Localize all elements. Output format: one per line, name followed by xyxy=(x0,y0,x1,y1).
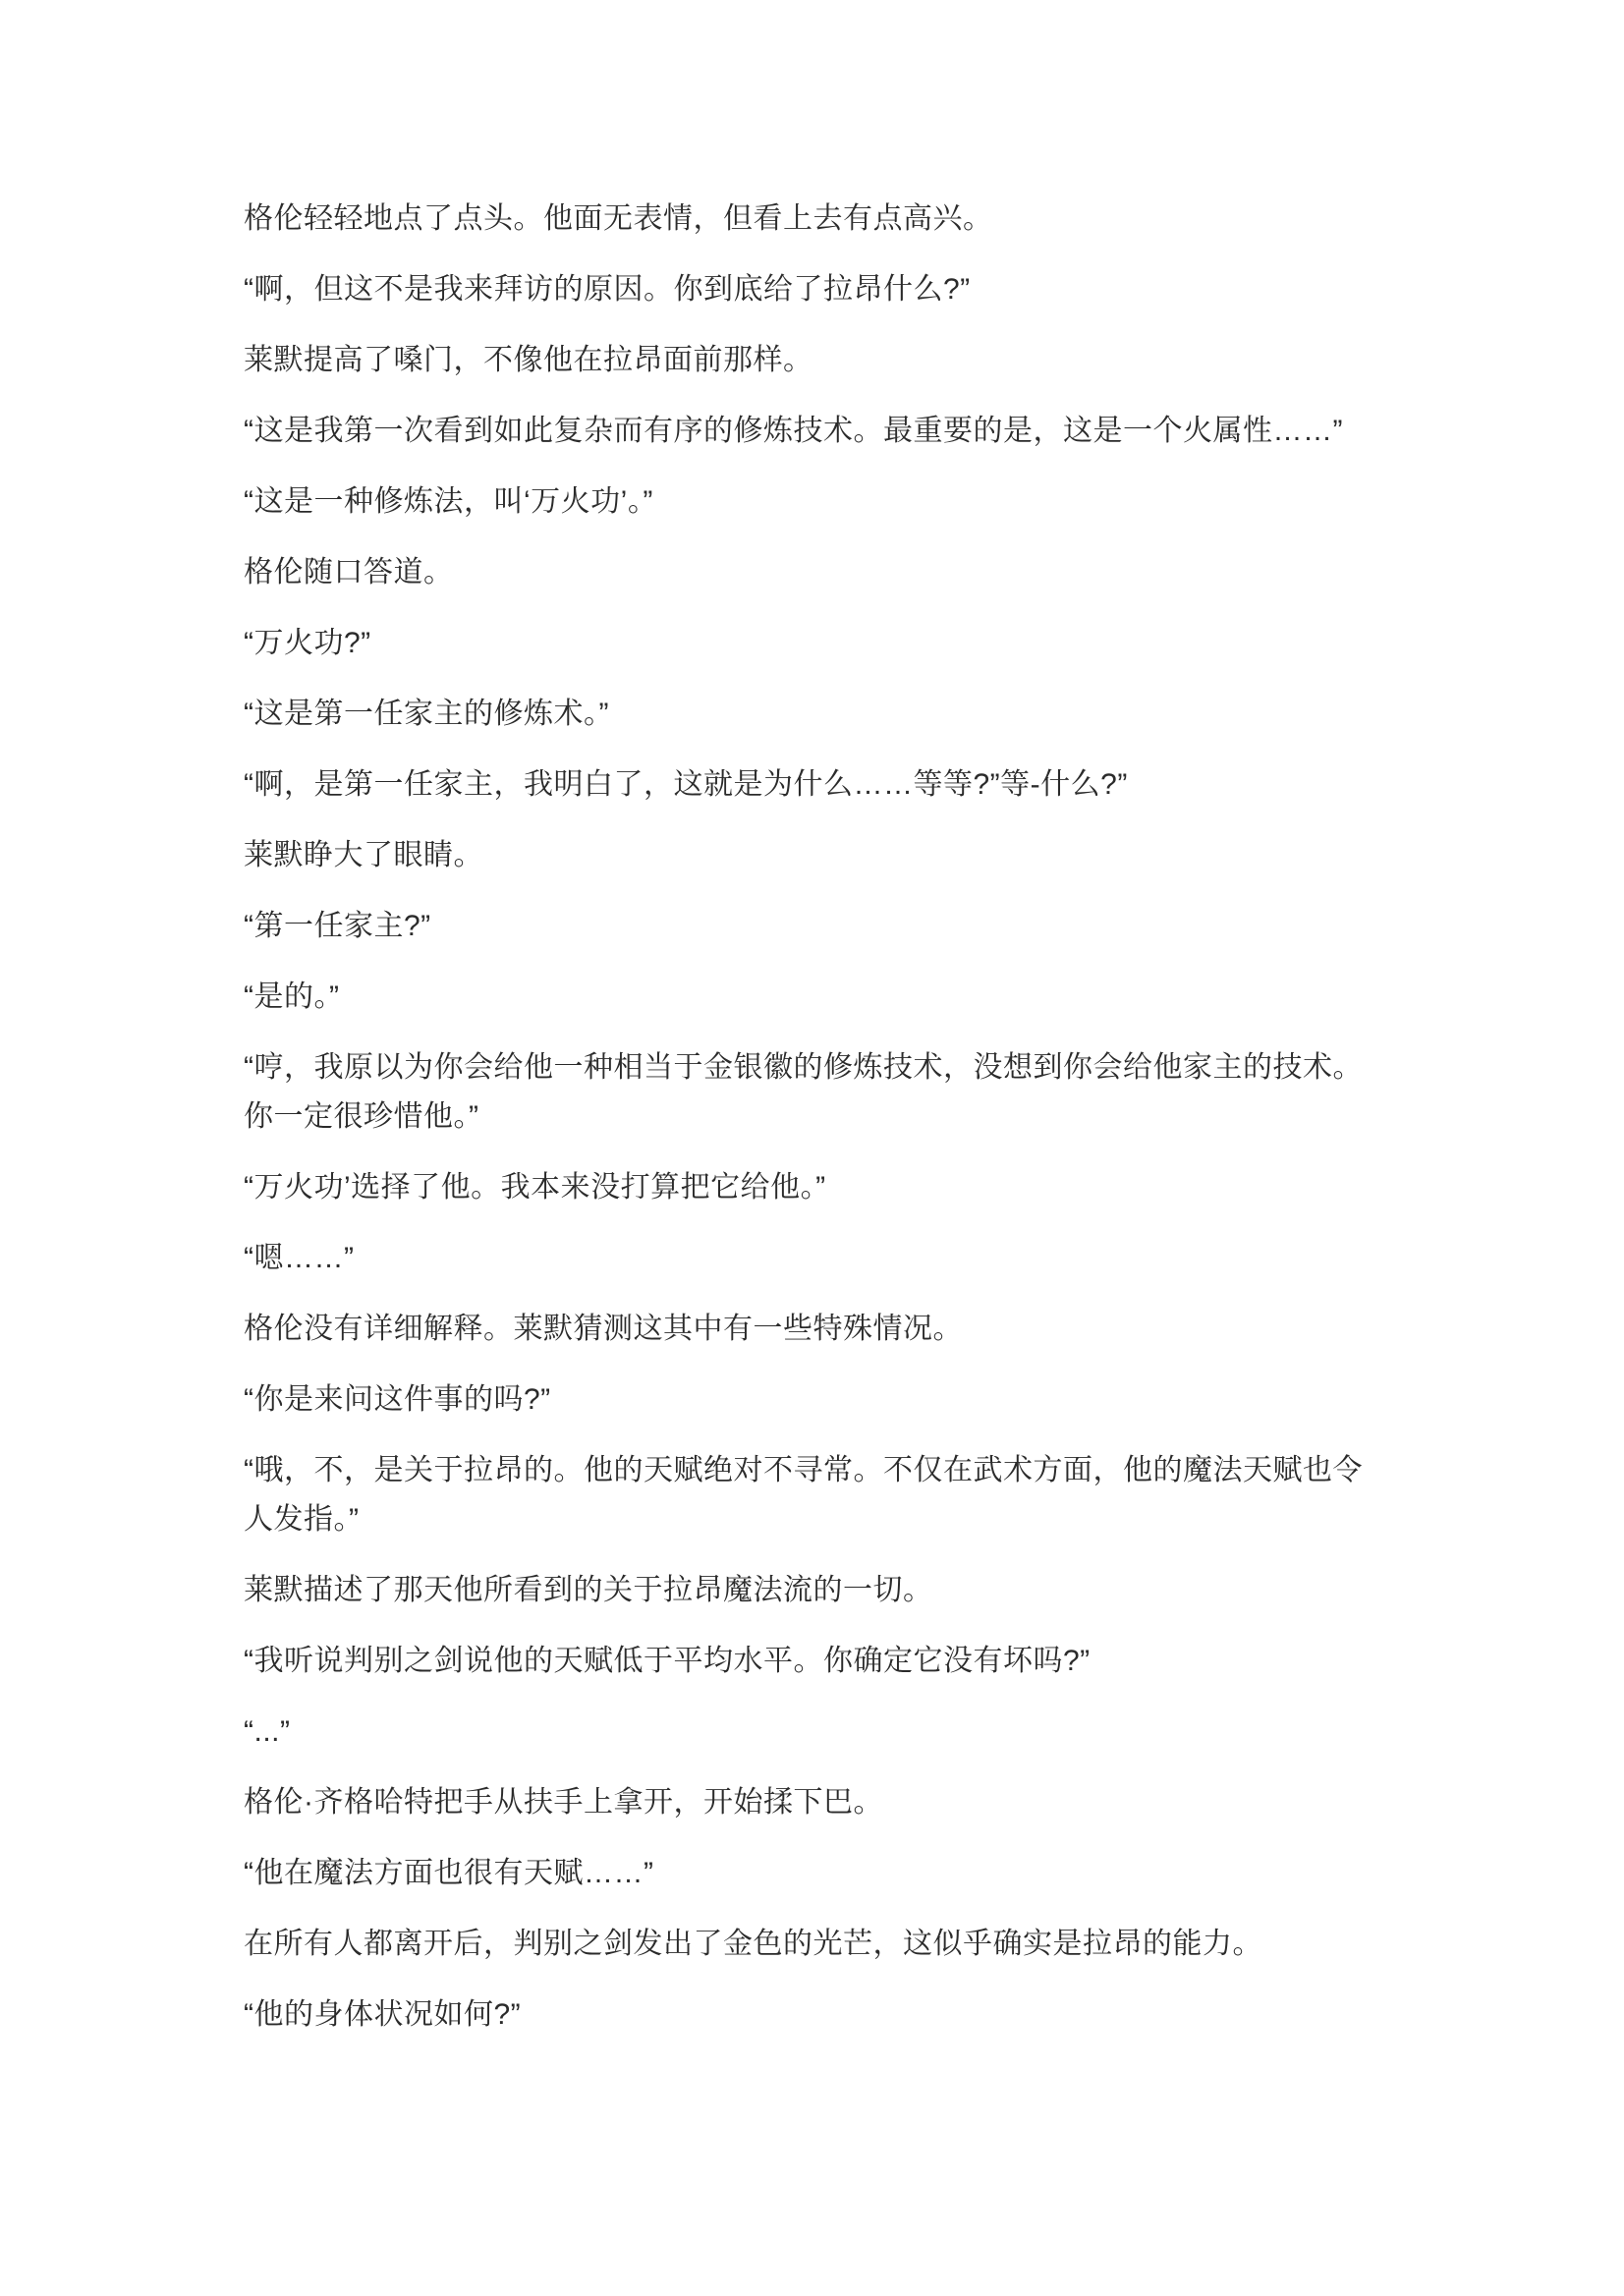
paragraph: “这是第一任家主的修炼术。” xyxy=(244,690,1373,739)
paragraph: “第一任家主?” xyxy=(244,902,1373,951)
paragraph: “嗯……” xyxy=(244,1234,1373,1283)
paragraph: 莱默睁大了眼睛。 xyxy=(244,831,1373,880)
paragraph: “这是我第一次看到如此复杂而有序的修炼技术。最重要的是，这是一个火属性……” xyxy=(244,407,1373,456)
paragraph: “我听说判别之剑说他的天赋低于平均水平。你确定它没有坏吗?” xyxy=(244,1637,1373,1686)
paragraph: 格伦随口答道。 xyxy=(244,548,1373,597)
paragraph: “万火功?” xyxy=(244,619,1373,668)
paragraph: “你是来问这件事的吗?” xyxy=(244,1375,1373,1425)
document-page: 格伦轻轻地点了点头。他面无表情，但看上去有点高兴。“啊，但这不是我来拜访的原因。… xyxy=(0,0,1624,2296)
paragraph: “...” xyxy=(244,1708,1373,1757)
paragraph: “他的身体状况如何?” xyxy=(244,1990,1373,2040)
text-content: 格伦轻轻地点了点头。他面无表情，但看上去有点高兴。“啊，但这不是我来拜访的原因。… xyxy=(244,195,1373,2061)
paragraph: “是的。” xyxy=(244,973,1373,1022)
paragraph: 格伦·齐格哈特把手从扶手上拿开，开始揉下巴。 xyxy=(244,1778,1373,1827)
paragraph: “这是一种修炼法，叫‘万火功’。” xyxy=(244,477,1373,527)
paragraph: 莱默提高了嗓门，不像他在拉昂面前那样。 xyxy=(244,336,1373,385)
paragraph: 在所有人都离开后，判别之剑发出了金色的光芒，这似乎确实是拉昂的能力。 xyxy=(244,1920,1373,1969)
paragraph: 格伦轻轻地点了点头。他面无表情，但看上去有点高兴。 xyxy=(244,195,1373,244)
paragraph: “哼，我原以为你会给他一种相当于金银徽的修炼技术，没想到你会给他家主的技术。 你… xyxy=(244,1043,1373,1142)
paragraph: “啊，但这不是我来拜访的原因。你到底给了拉昂什么?” xyxy=(244,265,1373,314)
paragraph: “哦，不，是关于拉昂的。他的天赋绝对不寻常。不仅在武术方面，他的魔法天赋也令 人… xyxy=(244,1446,1373,1544)
paragraph: 莱默描述了那天他所看到的关于拉昂魔法流的一切。 xyxy=(244,1566,1373,1615)
paragraph: “他在魔法方面也很有天赋……” xyxy=(244,1849,1373,1898)
paragraph: “啊，是第一任家主，我明白了，这就是为什么……等等?”等-什么?” xyxy=(244,760,1373,810)
paragraph: “万火功’选择了他。我本来没打算把它给他。” xyxy=(244,1163,1373,1212)
paragraph: 格伦没有详细解释。莱默猜测这其中有一些特殊情况。 xyxy=(244,1305,1373,1354)
